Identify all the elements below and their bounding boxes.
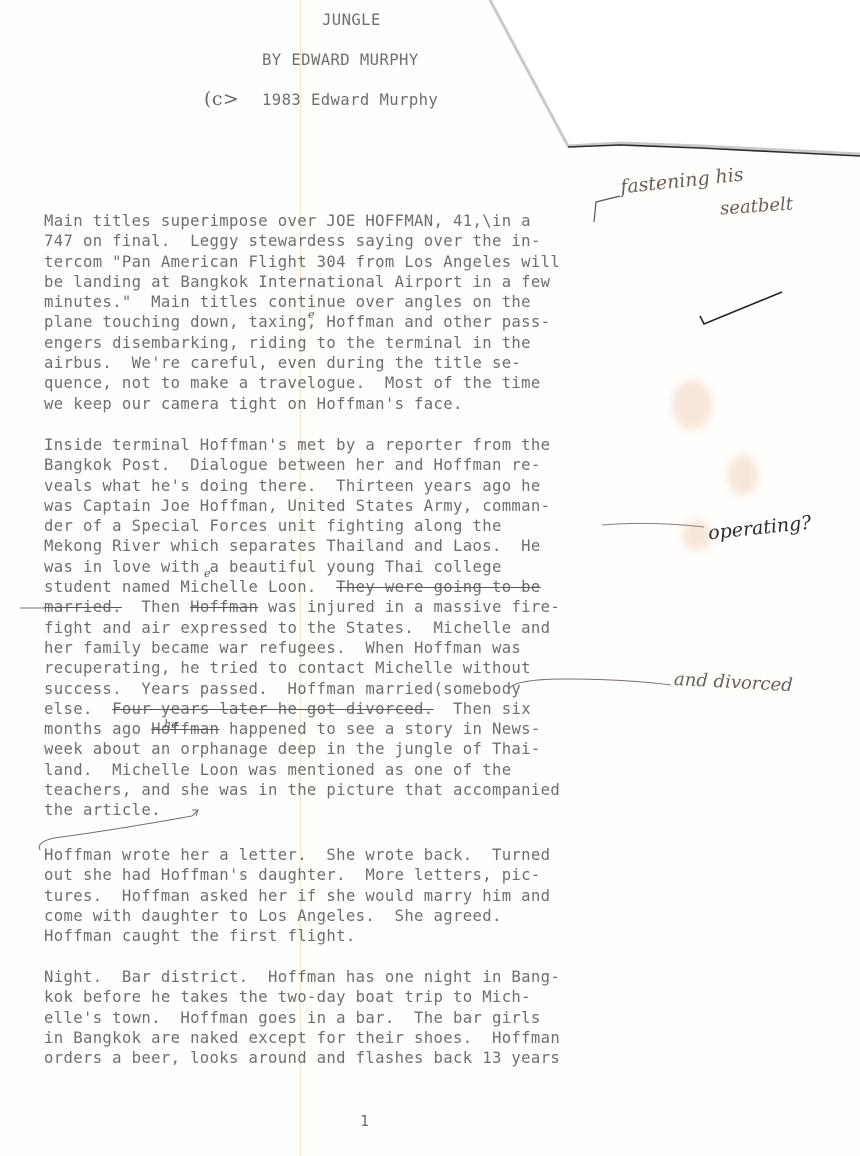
text-segment: recuperating, he tried to contact Michel… bbox=[44, 659, 531, 677]
struck-text: Hoffman bbox=[190, 598, 258, 616]
text-segment: was Captain Joe Hoffman, United States A… bbox=[44, 497, 550, 515]
text-line: months ago Hoffman happened to see a sto… bbox=[44, 719, 560, 739]
text-line: come with daughter to Los Angeles. She a… bbox=[44, 906, 550, 926]
text-line: we keep our camera tight on Hoffman's fa… bbox=[44, 394, 560, 414]
text-line: week about an orphanage deep in the jung… bbox=[44, 739, 560, 759]
text-segment: Mekong River which separates Thailand an… bbox=[44, 537, 541, 555]
text-line: married. Then Hoffman was injured in a m… bbox=[44, 597, 560, 617]
text-segment: come with daughter to Los Angeles. She a… bbox=[44, 907, 502, 925]
checkmark-icon bbox=[698, 290, 788, 330]
text-segment: kok before he takes the two-day boat tri… bbox=[44, 988, 531, 1006]
document-title: JUNGLE bbox=[322, 11, 381, 29]
text-segment: quence, not to make a travelogue. Most o… bbox=[44, 374, 541, 392]
text-line: engers disembarking, riding to the termi… bbox=[44, 333, 560, 353]
text-segment: der of a Special Forces unit fighting al… bbox=[44, 517, 502, 535]
text-segment: minutes." Main titles continue over angl… bbox=[44, 293, 531, 311]
move-paragraph-arrow bbox=[14, 800, 214, 855]
text-line: tercom "Pan American Flight 304 from Los… bbox=[44, 252, 560, 272]
text-line: Main titles superimpose over JOE HOFFMAN… bbox=[44, 211, 560, 231]
text-segment: Night. Bar district. Hoffman has one nig… bbox=[44, 968, 560, 986]
text-segment: success. Years passed. Hoffman married(s… bbox=[44, 680, 521, 698]
text-line: her family became war refugees. When Hof… bbox=[44, 638, 560, 658]
text-segment: be landing at Bangkok International Airp… bbox=[44, 273, 550, 291]
caret-mark: e bbox=[204, 567, 211, 580]
text-line: land. Michelle Loon was mentioned as one… bbox=[44, 760, 560, 780]
text-segment: else. bbox=[44, 700, 112, 718]
stain bbox=[728, 455, 758, 495]
text-segment: 747 on final. Leggy stewardess saying ov… bbox=[44, 232, 541, 250]
paragraph-3: Hoffman wrote her a letter. She wrote ba… bbox=[44, 845, 550, 946]
struck-text: married. bbox=[44, 598, 122, 616]
text-segment: Main titles superimpose over JOE HOFFMAN… bbox=[44, 212, 531, 230]
insert-bracket-line bbox=[590, 190, 630, 230]
text-line: plane touching down, taxing, Hoffman and… bbox=[44, 312, 560, 332]
copyright-text: 1983 Edward Murphy bbox=[262, 91, 438, 109]
text-segment: in Bangkok are naked except for their sh… bbox=[44, 1029, 560, 1047]
paragraph-2: Inside terminal Hoffman's met by a repor… bbox=[44, 435, 560, 821]
text-segment: airbus. We're careful, even during the t… bbox=[44, 354, 521, 372]
text-line: student named Michelle Loon. They were g… bbox=[44, 577, 560, 597]
text-segment: her family became war refugees. When Hof… bbox=[44, 639, 521, 657]
text-line: airbus. We're careful, even during the t… bbox=[44, 353, 560, 373]
text-segment: tercom "Pan American Flight 304 from Los… bbox=[44, 253, 560, 271]
text-line: success. Years passed. Hoffman married(s… bbox=[44, 679, 560, 699]
strike-extension bbox=[18, 598, 48, 618]
text-line: kok before he takes the two-day boat tri… bbox=[44, 987, 560, 1007]
text-segment: was in love with a beautiful young Thai … bbox=[44, 558, 502, 576]
text-segment: Then bbox=[122, 598, 190, 616]
text-segment: teachers, and she was in the picture tha… bbox=[44, 781, 560, 799]
caret-he: he bbox=[164, 718, 178, 731]
text-line: Mekong River which separates Thailand an… bbox=[44, 536, 560, 556]
text-segment: tures. Hoffman asked her if she would ma… bbox=[44, 887, 550, 905]
text-line: else. Four years later he got divorced. … bbox=[44, 699, 560, 719]
text-line: quence, not to make a travelogue. Most o… bbox=[44, 373, 560, 393]
document-byline: BY EDWARD MURPHY bbox=[262, 51, 419, 69]
text-segment: Bangkok Post. Dialogue between her and H… bbox=[44, 456, 541, 474]
text-segment: Then six bbox=[434, 700, 531, 718]
text-line: der of a Special Forces unit fighting al… bbox=[44, 516, 560, 536]
text-line: Inside terminal Hoffman's met by a repor… bbox=[44, 435, 560, 455]
text-line: in Bangkok are naked except for their sh… bbox=[44, 1028, 560, 1048]
struck-text: Four years later he got divorced. bbox=[112, 700, 433, 718]
stain bbox=[672, 380, 712, 430]
text-segment: week about an orphanage deep in the jung… bbox=[44, 740, 541, 758]
text-segment: orders a beer, looks around and flashes … bbox=[44, 1049, 560, 1067]
text-segment: veals what he's doing there. Thirteen ye… bbox=[44, 477, 541, 495]
text-line: was Captain Joe Hoffman, United States A… bbox=[44, 496, 560, 516]
text-segment: plane touching down, taxing, Hoffman and… bbox=[44, 313, 550, 331]
text-segment: Hoffman caught the first flight. bbox=[44, 927, 356, 945]
text-line: fight and air expressed to the States. M… bbox=[44, 618, 560, 638]
text-segment: we keep our camera tight on Hoffman's fa… bbox=[44, 395, 463, 413]
text-line: elle's town. Hoffman goes in a bar. The … bbox=[44, 1008, 560, 1028]
text-line: Hoffman caught the first flight. bbox=[44, 926, 550, 946]
struck-text: Hoffman bbox=[151, 720, 219, 738]
caret-e: e bbox=[308, 308, 315, 321]
text-line: teachers, and she was in the picture tha… bbox=[44, 780, 560, 800]
text-segment: elle's town. Hoffman goes in a bar. The … bbox=[44, 1009, 541, 1027]
copyright-mark: (c> bbox=[204, 88, 239, 110]
text-segment: months ago bbox=[44, 720, 151, 738]
text-line: was in love with a beautiful young Thai … bbox=[44, 557, 560, 577]
text-line: minutes." Main titles continue over angl… bbox=[44, 292, 560, 312]
page-number: 1 bbox=[360, 1112, 369, 1130]
text-segment: Inside terminal Hoffman's met by a repor… bbox=[44, 436, 550, 454]
text-segment: was injured in a massive fire- bbox=[258, 598, 560, 616]
text-segment: out she had Hoffman's daughter. More let… bbox=[44, 866, 541, 884]
text-line: 747 on final. Leggy stewardess saying ov… bbox=[44, 231, 560, 251]
text-line: veals what he's doing there. Thirteen ye… bbox=[44, 476, 560, 496]
margin-pointer-line bbox=[600, 515, 710, 535]
text-line: orders a beer, looks around and flashes … bbox=[44, 1048, 560, 1068]
text-line: be landing at Bangkok International Airp… bbox=[44, 272, 560, 292]
text-segment: student named Michelle Loon. bbox=[44, 578, 336, 596]
text-segment: land. Michelle Loon was mentioned as one… bbox=[44, 761, 511, 779]
text-line: Night. Bar district. Hoffman has one nig… bbox=[44, 967, 560, 987]
text-segment: fight and air expressed to the States. M… bbox=[44, 619, 550, 637]
struck-text: They were going to be bbox=[336, 578, 541, 596]
text-line: out she had Hoffman's daughter. More let… bbox=[44, 865, 550, 885]
text-segment: happened to see a story in News- bbox=[219, 720, 540, 738]
text-line: Bangkok Post. Dialogue between her and H… bbox=[44, 455, 560, 475]
text-line: recuperating, he tried to contact Michel… bbox=[44, 658, 560, 678]
insert-line bbox=[505, 675, 675, 695]
paragraph-1: Main titles superimpose over JOE HOFFMAN… bbox=[44, 211, 560, 414]
text-segment: engers disembarking, riding to the termi… bbox=[44, 334, 531, 352]
text-line: tures. Hoffman asked her if she would ma… bbox=[44, 886, 550, 906]
paragraph-4: Night. Bar district. Hoffman has one nig… bbox=[44, 967, 560, 1068]
